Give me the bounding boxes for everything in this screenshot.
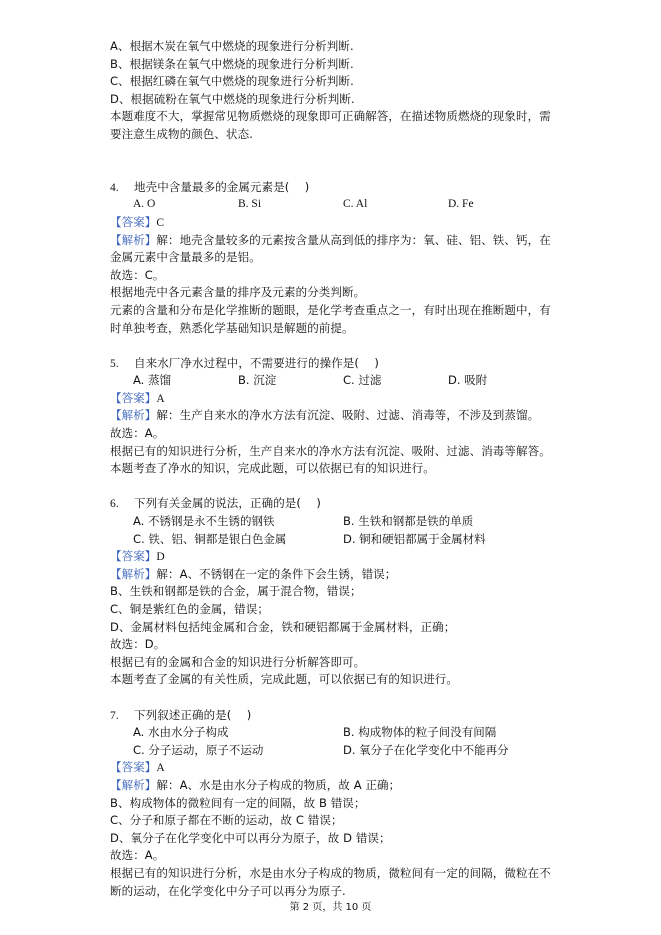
options-row: C. 分子运动，原子不运动 D. 氧分子在化学变化中不能再分 xyxy=(110,742,555,760)
analysis-label: 【解析】 xyxy=(110,567,156,581)
options-row: A. 不锈钢是永不生锈的钢铁 B. 生铁和钢都是铁的单质 xyxy=(110,513,555,531)
answer-line: 【答案】C xyxy=(110,214,555,232)
analysis-line: D、金属材料包括纯金属和合金，铁和硬铝都属于金属材料，正确； xyxy=(110,619,555,637)
options-row: C. 铁、铝、铜都是银白色金属 D. 铜和硬铝都属于金属材料 xyxy=(110,531,555,549)
option-d: D. 氧分子在化学变化中不能再分 xyxy=(343,742,509,760)
analysis-line: 根据地壳中各元素含量的排序及元素的分类判断。 xyxy=(110,284,555,302)
options-row: A. 蒸馏 B. 沉淀 C. 过滤 D. 吸附 xyxy=(110,372,555,390)
analysis-line: D、根据硫粉在氧气中燃烧的现象进行分析判断. xyxy=(110,91,555,109)
analysis-line: C、根据红磷在氧气中燃烧的现象进行分析判断. xyxy=(110,73,555,91)
analysis-text: 解：A、水是由水分子构成的物质，故 A 正确； xyxy=(156,778,400,792)
option-d: D. 吸附 xyxy=(448,372,487,390)
analysis-text: 解：A、不锈钢在一定的条件下会生锈，错误； xyxy=(156,567,396,581)
option-c: C. 过滤 xyxy=(343,372,381,390)
options-row: A. O B. Si C. Al D. Fe xyxy=(110,196,555,214)
analysis-line: 本题考查了净水的知识，完成此题，可以依据已有的知识进行。 xyxy=(110,460,555,478)
option-b: B. 沉淀 xyxy=(238,372,276,390)
question-4: 4.地壳中含量最多的金属元素是( ) A. O B. Si C. Al D. F… xyxy=(110,179,555,337)
analysis-line: 根据已有的知识进行分析，水是由水分子构成的物质，微粒间有一定的间隔，微粒在不 xyxy=(110,865,555,883)
question-number: 4. xyxy=(110,180,134,198)
prev-analysis: A、根据木炭在氧气中燃烧的现象进行分析判断. B、根据镁条在氧气中燃烧的现象进行… xyxy=(110,38,555,144)
question-5: 5.自来水厂净水过程中，不需要进行的操作是( ) A. 蒸馏 B. 沉淀 C. … xyxy=(110,355,555,478)
answer-label: 【答案】 xyxy=(110,549,156,563)
question-text: 下列有关金属的说法，正确的是( ) xyxy=(134,496,321,510)
option-c: C. Al xyxy=(343,196,367,214)
answer-value: C xyxy=(156,217,164,229)
option-c: C. 铁、铝、铜都是银白色金属 xyxy=(133,531,286,549)
options-row: A. 水由水分子构成 B. 构成物体的粒子间没有间隔 xyxy=(110,724,555,742)
option-a: A. 蒸馏 xyxy=(133,372,171,390)
question-stem: 6.下列有关金属的说法，正确的是( ) xyxy=(110,495,555,513)
analysis-line: 故选：C。 xyxy=(110,267,555,285)
analysis-text: 解：地壳含量较多的元素按含量从高到低的排序为：氧、硅、铝、铁、钙，在 xyxy=(156,233,550,247)
analysis-first-line: 【解析】解：地壳含量较多的元素按含量从高到低的排序为：氧、硅、铝、铁、钙，在 xyxy=(110,232,555,250)
analysis-line: D、氧分子在化学变化中可以再分为原子，故 D 错误； xyxy=(110,830,555,848)
option-d: D. 铜和硬铝都属于金属材料 xyxy=(343,531,486,549)
question-text: 地壳中含量最多的金属元素是( ) xyxy=(134,180,309,194)
option-a: A. 不锈钢是永不生锈的钢铁 xyxy=(133,513,274,531)
analysis-label: 【解析】 xyxy=(110,778,156,792)
option-a: A. O xyxy=(133,196,155,214)
question-stem: 4.地壳中含量最多的金属元素是( ) xyxy=(110,179,555,197)
answer-line: 【答案】A xyxy=(110,390,555,408)
answer-line: 【答案】D xyxy=(110,548,555,566)
option-b: B. 构成物体的粒子间没有间隔 xyxy=(343,724,496,742)
analysis-line: 元素的含量和分布是化学推断的题眼，是化学考查重点之一，有时出现在推断题中，有 xyxy=(110,302,555,320)
analysis-line: 故选：D。 xyxy=(110,636,555,654)
analysis-line: 根据已有的金属和合金的知识进行分析解答即可。 xyxy=(110,654,555,672)
answer-value: D xyxy=(156,551,164,563)
answer-label: 【答案】 xyxy=(110,760,156,774)
question-number: 6. xyxy=(110,496,134,514)
analysis-line: 故选：A。 xyxy=(110,847,555,865)
analysis-line: B、生铁和钢都是铁的合金，属于混合物，错误； xyxy=(110,583,555,601)
answer-value: A xyxy=(156,762,164,774)
analysis-line: 故选：A。 xyxy=(110,425,555,443)
option-a: A. 水由水分子构成 xyxy=(133,724,228,742)
analysis-line: 本题考查了金属的有关性质，完成此题，可以依据已有的知识进行。 xyxy=(110,671,555,689)
option-b: B. 生铁和钢都是铁的单质 xyxy=(343,513,473,531)
analysis-first-line: 【解析】解：生产自来水的净水方法有沉淀、吸附、过滤、消毒等，不涉及到蒸馏。 xyxy=(110,407,555,425)
page-footer: 第 2 页，共 10 页 xyxy=(0,898,661,913)
answer-value: A xyxy=(156,393,164,405)
question-stem: 5.自来水厂净水过程中，不需要进行的操作是( ) xyxy=(110,355,555,373)
analysis-line: B、根据镁条在氧气中燃烧的现象进行分析判断. xyxy=(110,56,555,74)
analysis-line: 根据已有的知识进行分析，生产自来水的净水方法有沉淀、吸附、过滤、消毒等解答。 xyxy=(110,443,555,461)
analysis-line: C、铜是紫红色的金属，错误； xyxy=(110,601,555,619)
question-number: 5. xyxy=(110,356,134,374)
analysis-line: 金属元素中含量最多的是铝。 xyxy=(110,249,555,267)
analysis-line: B、构成物体的微粒间有一定的间隔，故 B 错误； xyxy=(110,795,555,813)
analysis-first-line: 【解析】解：A、水是由水分子构成的物质，故 A 正确； xyxy=(110,777,555,795)
answer-label: 【答案】 xyxy=(110,215,156,229)
document-page: A、根据木炭在氧气中燃烧的现象进行分析判断. B、根据镁条在氧气中燃烧的现象进行… xyxy=(110,38,555,900)
option-b: B. Si xyxy=(238,196,261,214)
analysis-text: 解：生产自来水的净水方法有沉淀、吸附、过滤、消毒等，不涉及到蒸馏。 xyxy=(156,408,539,422)
analysis-line: C、分子和原子都在不断的运动，故 C 错误； xyxy=(110,812,555,830)
analysis-line: 本题难度不大，掌握常见物质燃烧的现象即可正确解答，在描述物质燃烧的现象时，需 xyxy=(110,108,555,126)
question-7: 7.下列叙述正确的是( ) A. 水由水分子构成 B. 构成物体的粒子间没有间隔… xyxy=(110,707,555,901)
analysis-line: 要注意生成物的颜色、状态. xyxy=(110,126,555,144)
option-d: D. Fe xyxy=(448,196,474,214)
question-stem: 7.下列叙述正确的是( ) xyxy=(110,707,555,725)
answer-label: 【答案】 xyxy=(110,391,156,405)
answer-line: 【答案】A xyxy=(110,759,555,777)
analysis-first-line: 【解析】解：A、不锈钢在一定的条件下会生锈，错误； xyxy=(110,566,555,584)
analysis-line: A、根据木炭在氧气中燃烧的现象进行分析判断. xyxy=(110,38,555,56)
question-number: 7. xyxy=(110,708,134,726)
analysis-label: 【解析】 xyxy=(110,408,156,422)
question-text: 自来水厂净水过程中，不需要进行的操作是( ) xyxy=(134,356,379,370)
analysis-line: 时单独考查，熟悉化学基础知识是解题的前提。 xyxy=(110,320,555,338)
question-text: 下列叙述正确的是( ) xyxy=(134,708,251,722)
option-c: C. 分子运动，原子不运动 xyxy=(133,742,263,760)
analysis-label: 【解析】 xyxy=(110,233,156,247)
question-6: 6.下列有关金属的说法，正确的是( ) A. 不锈钢是永不生锈的钢铁 B. 生铁… xyxy=(110,495,555,689)
